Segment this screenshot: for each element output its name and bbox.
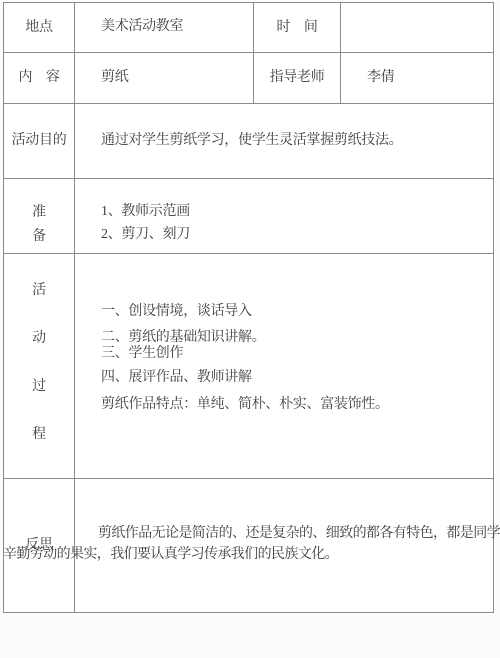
process-step: 三、学生创作 [101,346,493,362]
time-label-cell: 时 间 [254,3,341,53]
purpose-text-cell: 通过对学生剪纸学习，使学生灵活掌握剪纸技法。 [75,104,493,179]
preparation-label-cell: 准 备 [4,179,75,254]
process-step: 剪纸作品特点：单纯、简朴、朴实、富装饰性。 [101,397,493,413]
process-label-char: 过 [32,380,46,394]
preparation-items-cell: 1、教师示范画 2、剪刀、刻刀 [75,179,493,254]
preparation-label-char: 准 [32,206,46,220]
content-label-cell: 内 容 [4,53,75,104]
process-step: 四、展评作品、教师讲解 [101,370,493,386]
content-value-cell: 剪纸 [75,53,254,104]
process-step: 一、创设情境，谈话导入 [101,304,493,320]
process-label-char: 活 [32,284,46,298]
time-value-cell [341,3,493,53]
preparation-item: 2、剪刀、刻刀 [101,228,493,242]
location-label-cell: 地点 [4,3,75,53]
reflection-line: 辛勤劳动的果实，我们要认真学习传承我们的民族文化。 [3,544,497,565]
teacher-value-cell: 李倩 [341,53,493,104]
location-value-cell: 美术活动教室 [75,3,254,53]
activity-record-table: 地点 美术活动教室 时 间 内 容 剪纸 指导老师 李倩 活动目的 通过对学生剪… [3,2,494,613]
reflection-text-cell: 剪纸作品无论是简洁的、还是复杂的、细致的都各有特色，都是同学们 辛勤劳动的果实，… [75,479,493,612]
reflection-line: 剪纸作品无论是简洁的、还是复杂的、细致的都各有特色，都是同学们 [3,523,497,544]
process-label-cell: 活 动 过 程 [4,254,75,479]
purpose-label-cell: 活动目的 [4,104,75,179]
teacher-label-cell: 指导老师 [254,53,341,104]
process-label-char: 程 [32,428,46,442]
scanned-form-page: 地点 美术活动教室 时 间 内 容 剪纸 指导老师 李倩 活动目的 通过对学生剪… [0,0,500,658]
preparation-item: 1、教师示范画 [101,205,493,219]
preparation-label-char: 备 [32,230,46,244]
reflection-paragraph: 剪纸作品无论是简洁的、还是复杂的、细致的都各有特色，都是同学们 辛勤劳动的果实，… [3,523,497,565]
process-step: 二、剪纸的基础知识讲解。 [101,330,493,346]
process-label-char: 动 [32,332,46,346]
process-steps-cell: 一、创设情境，谈话导入 二、剪纸的基础知识讲解。 三、学生创作 四、展评作品、教… [75,254,493,479]
